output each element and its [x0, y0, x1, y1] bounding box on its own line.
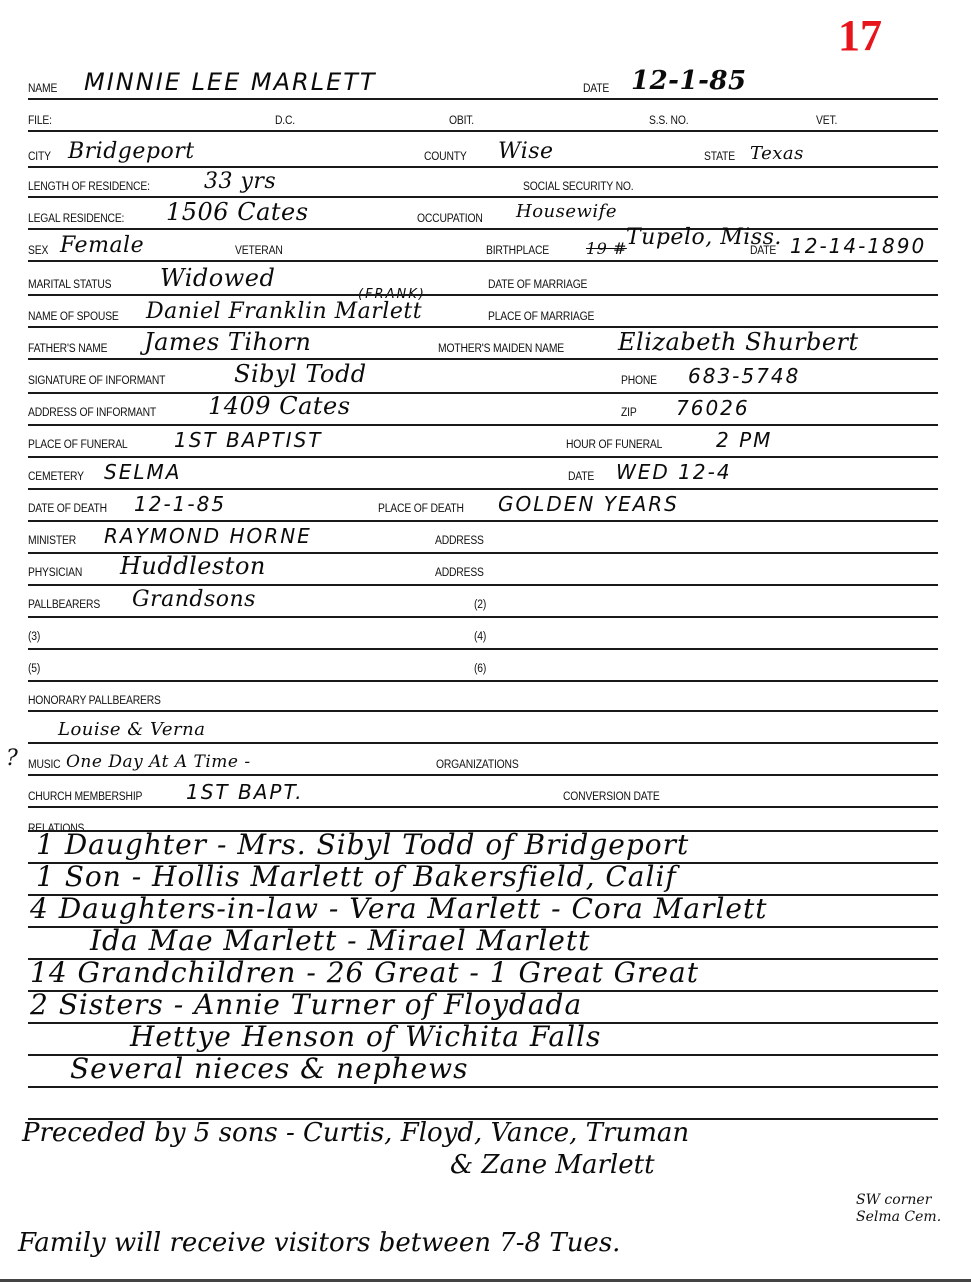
- relation-line: 4 Daughters-in-law - Vera Marlett - Cora…: [30, 892, 970, 925]
- social-security-label: SOCIAL SECURITY NO.: [523, 181, 633, 193]
- preceded-by-line: Preceded by 5 sons - Curtis, Floyd, Vanc…: [22, 1118, 689, 1148]
- marital-row: MARITAL STATUS Widowed (FRANK) DATE OF M…: [28, 264, 938, 294]
- pallbearer-slot-2: (2): [474, 599, 486, 611]
- name-row: NAME MINNIE LEE MARLETT DATE 12-1-85: [28, 68, 938, 98]
- length-of-residence-label: LENGTH OF RESIDENCE:: [28, 181, 150, 193]
- funeral-hour-label: HOUR OF FUNERAL: [566, 439, 662, 451]
- pallbearers-row-2: (3) (4): [28, 616, 938, 646]
- place-of-death-value[interactable]: GOLDEN YEARS: [498, 492, 679, 516]
- county-value[interactable]: Wise: [498, 139, 554, 164]
- music-value[interactable]: One Day At A Time -: [66, 752, 251, 772]
- marital-status-value[interactable]: Widowed: [160, 264, 275, 292]
- spouse-row: NAME OF SPOUSE Daniel Franklin Marlett P…: [28, 296, 938, 326]
- sex-value[interactable]: Female: [60, 233, 144, 258]
- pallbearers-label: PALLBEARERS: [28, 599, 100, 611]
- sex-label: SEX: [28, 245, 48, 257]
- side-note: SW corner Selma Cem.: [856, 1192, 941, 1226]
- file-label: FILE:: [28, 115, 52, 127]
- relation-line: Several nieces & nephews: [70, 1052, 971, 1085]
- place-of-death-label: PLACE OF DEATH: [378, 503, 464, 515]
- informant-value[interactable]: Sibyl Todd: [234, 360, 367, 388]
- spouse-label: NAME OF SPOUSE: [28, 311, 119, 323]
- date-of-marriage-label: DATE OF MARRIAGE: [488, 279, 587, 291]
- cemetery-date-value[interactable]: WED 12-4: [616, 460, 732, 484]
- relation-line: Hettye Henson of Wichita Falls: [130, 1020, 971, 1053]
- birth-date-label: DATE: [750, 245, 776, 257]
- side-note-line: Selma Cem.: [856, 1209, 941, 1226]
- place-of-marriage-label: PLACE OF MARRIAGE: [488, 311, 594, 323]
- funeral-place-label: PLACE OF FUNERAL: [28, 439, 128, 451]
- name-value[interactable]: MINNIE LEE MARLETT: [84, 68, 377, 96]
- marital-status-label: MARITAL STATUS: [28, 279, 111, 291]
- cemetery-date-label: DATE: [568, 471, 594, 483]
- pallbearers-row-3: (5) (6): [28, 648, 938, 678]
- occupation-label: OCCUPATION: [417, 213, 483, 225]
- occupation-value[interactable]: Housewife: [516, 201, 617, 222]
- physician-row: PHYSICIAN Huddleston ADDRESS: [28, 552, 938, 582]
- name-label: NAME: [28, 83, 57, 95]
- pallbearers-row: PALLBEARERS Grandsons (2): [28, 584, 938, 614]
- informant-address-label: ADDRESS OF INFORMANT: [28, 407, 156, 419]
- vet-label: VET.: [816, 115, 837, 127]
- veteran-label: VETERAN: [235, 245, 283, 257]
- residence-length-row: LENGTH OF RESIDENCE: 33 yrs SOCIAL SECUR…: [28, 166, 938, 196]
- birth-date-value[interactable]: 12-14-1890: [790, 234, 926, 258]
- city-label: CITY: [28, 151, 51, 163]
- funeral-hour-value[interactable]: 2 PM: [716, 428, 772, 452]
- pallbearer-slot-5: (5): [28, 663, 40, 675]
- phone-label: PHONE: [621, 375, 657, 387]
- legal-residence-row: LEGAL RESIDENCE: 1506 Cates OCCUPATION H…: [28, 198, 938, 228]
- funeral-row: PLACE OF FUNERAL 1ST BAPTIST HOUR OF FUN…: [28, 424, 938, 454]
- parents-row: FATHER'S NAME James Tihorn MOTHER'S MAID…: [28, 328, 938, 358]
- relation-line: 2 Sisters - Annie Turner of Floydada: [30, 988, 970, 1021]
- pallbearer-slot-4: (4): [474, 631, 486, 643]
- date-value[interactable]: 12-1-85: [631, 66, 747, 96]
- honorary-value-row: Louise & Verna: [28, 712, 938, 742]
- church-membership-label: CHURCH MEMBERSHIP: [28, 791, 142, 803]
- ss-no-label: S.S. NO.: [649, 115, 688, 127]
- funeral-place-value[interactable]: 1ST BAPTIST: [174, 428, 322, 452]
- pallbearers-value[interactable]: Grandsons: [132, 587, 256, 612]
- informant-address-row: ADDRESS OF INFORMANT 1409 Cates ZIP 7602…: [28, 392, 938, 422]
- music-row: MUSIC One Day At A Time - ORGANIZATIONS: [28, 744, 938, 774]
- physician-address-label: ADDRESS: [435, 567, 484, 579]
- zip-label: ZIP: [621, 407, 637, 419]
- honorary-row: HONORARY PALLBEARERS: [28, 680, 938, 710]
- dc-label: D.C.: [275, 115, 295, 127]
- relation-line: 1 Daughter - Mrs. Sibyl Todd of Bridgepo…: [36, 828, 971, 861]
- date-label: DATE: [583, 83, 609, 95]
- minister-value[interactable]: RAYMOND HORNE: [104, 524, 312, 548]
- date-of-death-value[interactable]: 12-1-85: [134, 492, 226, 516]
- obit-label: OBIT.: [449, 115, 474, 127]
- relation-line: Ida Mae Marlett - Mirael Marlett: [90, 924, 971, 957]
- phone-value[interactable]: 683-5748: [688, 364, 800, 388]
- informant-address-value[interactable]: 1409 Cates: [208, 392, 351, 420]
- pallbearer-slot-6: (6): [474, 663, 486, 675]
- length-of-residence-value[interactable]: 33 yrs: [204, 169, 276, 194]
- side-note-line: SW corner: [856, 1192, 941, 1209]
- father-label: FATHER'S NAME: [28, 343, 107, 355]
- cemetery-row: CEMETERY SELMA DATE WED 12-4: [28, 456, 938, 486]
- birthplace-struck: 19 #: [586, 239, 627, 258]
- birthplace-label: BIRTHPLACE: [486, 245, 549, 257]
- informant-row: SIGNATURE OF INFORMANT Sibyl Todd PHONE …: [28, 360, 938, 390]
- minister-row: MINISTER RAYMOND HORNE ADDRESS: [28, 520, 938, 550]
- county-label: COUNTY: [424, 151, 467, 163]
- relation-line: 14 Grandchildren - 26 Great - 1 Great Gr…: [30, 956, 970, 989]
- minister-label: MINISTER: [28, 535, 76, 547]
- legal-residence-label: LEGAL RESIDENCE:: [28, 213, 124, 225]
- honorary-pallbearers-label: HONORARY PALLBEARERS: [28, 695, 161, 707]
- minister-address-label: ADDRESS: [435, 535, 484, 547]
- question-mark-annotation: ?: [6, 746, 18, 771]
- spouse-value[interactable]: Daniel Franklin Marlett: [146, 299, 422, 324]
- page-number: 17: [838, 10, 882, 61]
- state-value[interactable]: Texas: [750, 143, 804, 164]
- state-label: STATE: [704, 151, 735, 163]
- sex-row: SEX Female VETERAN BIRTHPLACE 19 # Tupel…: [28, 230, 938, 260]
- physician-label: PHYSICIAN: [28, 567, 82, 579]
- honorary-pallbearers-value[interactable]: Louise & Verna: [58, 719, 205, 740]
- cemetery-label: CEMETERY: [28, 471, 84, 483]
- city-value[interactable]: Bridgeport: [68, 139, 195, 164]
- cemetery-value[interactable]: SELMA: [104, 460, 181, 484]
- mother-label: MOTHER'S MAIDEN NAME: [438, 343, 564, 355]
- relation-line: 1 Son - Hollis Marlett of Bakersfield, C…: [36, 860, 971, 893]
- legal-residence-value[interactable]: 1506 Cates: [166, 198, 309, 226]
- zip-value[interactable]: 76026: [676, 396, 750, 420]
- rule: [28, 1086, 938, 1088]
- rule: [28, 130, 938, 132]
- file-row: FILE: D.C. OBIT. S.S. NO. VET.: [28, 100, 938, 130]
- music-label: MUSIC: [28, 759, 60, 771]
- pallbearer-slot-3: (3): [28, 631, 40, 643]
- church-row: CHURCH MEMBERSHIP 1ST BAPT. CONVERSION D…: [28, 776, 938, 806]
- preceded-by-line-2: & Zane Marlett: [450, 1150, 655, 1180]
- mother-value[interactable]: Elizabeth Shurbert: [618, 328, 859, 356]
- church-membership-value[interactable]: 1ST BAPT.: [186, 780, 304, 804]
- physician-value[interactable]: Huddleston: [120, 552, 266, 580]
- conversion-date-label: CONVERSION DATE: [563, 791, 660, 803]
- city-row: CITY Bridgeport COUNTY Wise STATE Texas: [28, 136, 938, 166]
- rule: [28, 260, 938, 262]
- death-row: DATE OF DEATH 12-1-85 PLACE OF DEATH GOL…: [28, 488, 938, 518]
- organizations-label: ORGANIZATIONS: [436, 759, 519, 771]
- informant-label: SIGNATURE OF INFORMANT: [28, 375, 165, 387]
- visitation-note: Family will receive visitors between 7-8…: [18, 1228, 620, 1258]
- father-value[interactable]: James Tihorn: [144, 328, 311, 356]
- date-of-death-label: DATE OF DEATH: [28, 503, 107, 515]
